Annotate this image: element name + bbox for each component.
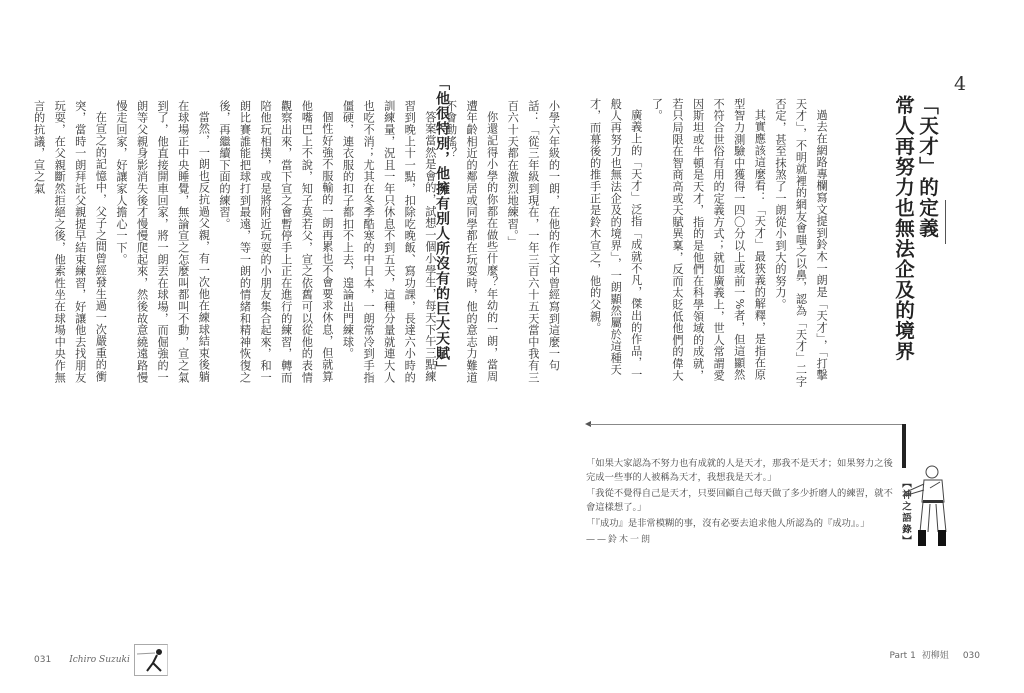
paragraph: 過去在網路專欄寫文提到鈴木一朗是「天才」，「打擊天才」，不明就裡的網友會嗤之以鼻… bbox=[769, 98, 831, 388]
author-name: Ichiro Suzuki bbox=[69, 655, 130, 665]
paragraph: 答案當然是會的，試想一個小學生，每天下午三點練習到晚上十一點，扣除吃晚飯、寫功課… bbox=[337, 100, 440, 390]
quote: 「『成功』是非常模糊的事，沒有必要去追求他人所認為的『成功』。」 bbox=[586, 517, 896, 531]
chapter-subtitle: 常人再努力也無法企及的境界 bbox=[890, 95, 917, 362]
page-footer: Part 1初柳姐030 bbox=[883, 648, 980, 661]
page-footer: 031 Ichiro Suzuki bbox=[34, 644, 168, 676]
quote: 「我從不覺得自己是天才，只要回顧自己每天做了多少折磨人的練習，就不會這樣想了。」 bbox=[586, 487, 896, 515]
paragraph: 在宣之的記憶中，父子之間曾經發生過一次嚴重的衝突，當時一朗拜託父親提早結束練習，… bbox=[28, 100, 110, 390]
quote-divider bbox=[590, 424, 902, 425]
quote-signature: ——鈴木一朗 bbox=[586, 533, 896, 547]
chapter-title-line1: 「天才」的定義 bbox=[914, 95, 941, 239]
paragraph: 小學六年級的一朗，在他的作文中曾經寫到這麼一句話：「從三年級到現在，一年三百六十… bbox=[502, 100, 564, 390]
page-number: 031 bbox=[34, 655, 51, 665]
batter-logo-icon bbox=[134, 644, 168, 676]
right-body-text: 過去在網路專欄寫文提到鈴木一朗是「天才」，「打擊天才」，不明就裡的網友會嗤之以鼻… bbox=[584, 98, 831, 388]
paragraph: 當然，一朗也反抗過父親，有一次他在練球結束後躺在球場正中央睡覺，無論宣之怎麼叫都… bbox=[110, 100, 213, 390]
quote-box: 「如果大家認為不努力也有成就的人是天才，那我不是天才；如果努力之後完成一些事的人… bbox=[586, 457, 896, 549]
right-page: 4 「天才」的定義 常人再努力也無法企及的境界 過去在網路專欄寫文提到鈴木一朗是… bbox=[512, 0, 1024, 693]
chapter-title: 「天才」的定義 bbox=[914, 95, 941, 239]
paragraph: 其實應該這麼看：「天才」最狹義的解釋，是指在原型智力測驗中獲得一四〇分以上或前一… bbox=[646, 98, 770, 388]
quote: 「如果大家認為不努力也有成就的人是天才，那我不是天才；如果努力之後完成一些事的人… bbox=[586, 457, 896, 485]
footer-section: 初柳姐 bbox=[922, 651, 949, 661]
batter-illustration-icon bbox=[896, 420, 956, 550]
title-dash bbox=[945, 200, 946, 244]
left-page: 「他很特別，他擁有別人所沒有的巨大天賦」 小學六年級的一朗，在他的作文中曾經寫到… bbox=[0, 0, 512, 693]
chapter-number: 4 bbox=[940, 73, 980, 95]
left-body-text: 小學六年級的一朗，在他的作文中曾經寫到這麼一句話：「從三年級到現在，一年三百六十… bbox=[28, 100, 563, 390]
paragraph: 你還記得小學的你都在做些什麼？年幼的一朗，當周遭年齡相近的鄰居或同學都在玩耍時，… bbox=[440, 100, 502, 390]
footer-part: Part 1 bbox=[889, 651, 915, 661]
page-number: 030 bbox=[963, 651, 980, 661]
paragraph: 廣義上的「天才」泛指「成就不凡，傑出的作品，一般人再努力也無法企及的境界」，一朗… bbox=[584, 98, 646, 388]
chapter-title-line2: 常人再努力也無法企及的境界 bbox=[890, 95, 917, 362]
paragraph: 個性好強不服輸的一朗再累也不會要求休息，但就算他嘴巴上不說，知子莫若父，宣之依舊… bbox=[213, 100, 337, 390]
